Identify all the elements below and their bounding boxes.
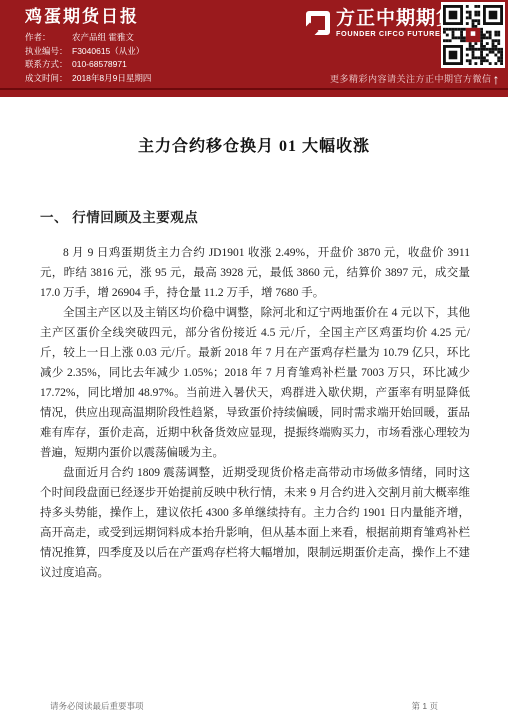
license-row: 执业编号：F3040615（从业） <box>25 45 151 59</box>
paragraph-market-summary: 8 月 9 日鸡蛋期货主力合约 JD1901 收涨 2.49%，开盘价 3870… <box>40 243 470 303</box>
report-title: 鸡蛋期货日报 <box>25 6 151 28</box>
author-value: 农产品组 霍雅文 <box>72 32 134 42</box>
license-label: 执业编号： <box>25 45 72 59</box>
footer-disclaimer: 请务必阅读最后重要事项 <box>50 700 144 712</box>
contact-value: 010-68578971 <box>72 59 127 69</box>
contact-label: 联系方式： <box>25 58 72 72</box>
contact-row: 联系方式：010-68578971 <box>25 58 151 72</box>
qr-code <box>441 2 505 68</box>
report-header: 鸡蛋期货日报 作者：农产品组 霍雅文 执业编号：F3040615（从业） 联系方… <box>0 0 508 97</box>
date-label: 成文时间： <box>25 72 72 86</box>
paragraph-spot-market: 全国主产区以及主销区均价稳中调整，除河北和辽宁两地蛋价在 4 元以下，其他主产区… <box>40 303 470 463</box>
author-row: 作者：农产品组 霍雅文 <box>25 31 151 45</box>
document-content: 8 月 9 日鸡蛋期货主力合约 JD1901 收涨 2.49%，开盘价 3870… <box>40 243 470 583</box>
qr-code-image <box>443 4 503 66</box>
up-arrow-icon: ↑ <box>493 71 501 87</box>
document-title: 主力合约移仓换月 01 大幅收涨 <box>0 133 508 156</box>
brand-name-cn: 方正中期期货 <box>336 9 456 29</box>
founder-logo-icon <box>306 11 330 35</box>
date-value: 2018年8月9日星期四 <box>72 73 151 83</box>
header-author-block: 鸡蛋期货日报 作者：农产品组 霍雅文 执业编号：F3040615（从业） 联系方… <box>25 6 151 85</box>
page-footer: 请务必阅读最后重要事项 第 1 页 <box>50 700 438 712</box>
brand-text: 方正中期期货 FOUNDER CIFCO FUTURES <box>336 9 456 38</box>
page-number: 第 1 页 <box>412 700 438 712</box>
brand-name-en: FOUNDER CIFCO FUTURES <box>336 29 456 38</box>
license-value: F3040615（从业） <box>72 46 144 56</box>
section-heading: 一、 行情回顾及主要观点 <box>40 206 508 226</box>
wechat-caption-text: 更多精彩内容请关注方正中期官方微信 <box>330 74 492 84</box>
company-brand: 方正中期期货 FOUNDER CIFCO FUTURES <box>306 9 456 38</box>
date-row: 成文时间：2018年8月9日星期四 <box>25 72 151 86</box>
wechat-caption: 更多精彩内容请关注方正中期官方微信↑ <box>330 71 500 87</box>
author-fields: 作者：农产品组 霍雅文 执业编号：F3040615（从业） 联系方式：010-6… <box>25 31 151 85</box>
author-label: 作者： <box>25 31 72 45</box>
paragraph-outlook: 盘面近月合约 1809 震荡调整，近期受现货价格走高带动市场做多情绪，同时这个时… <box>40 463 470 583</box>
header-separator-line <box>0 88 508 90</box>
